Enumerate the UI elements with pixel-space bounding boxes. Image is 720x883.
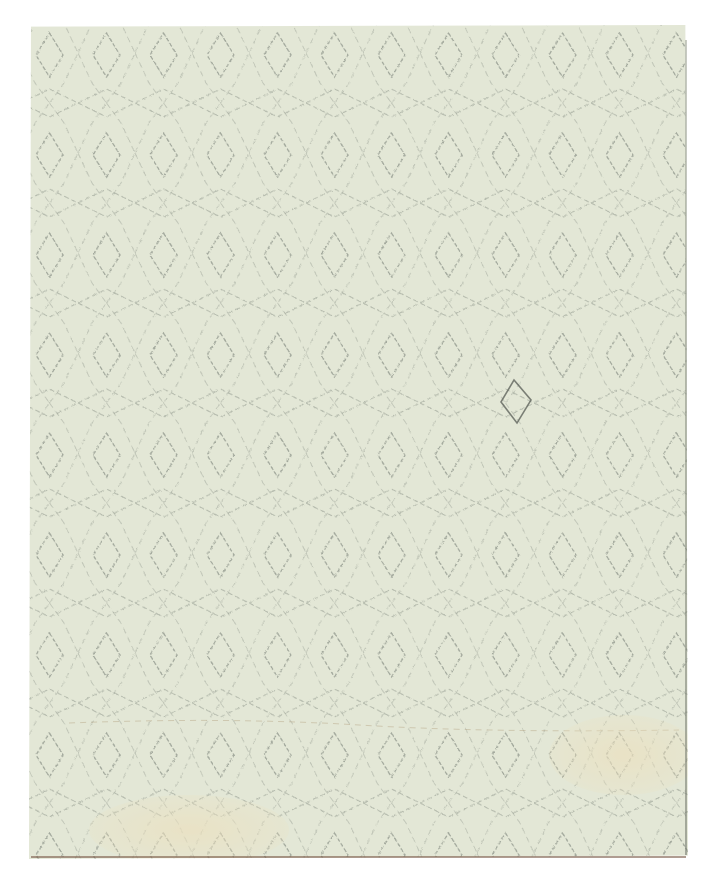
rug-edge-bottom: [31, 856, 686, 858]
stain: [549, 715, 699, 795]
stain: [89, 795, 289, 865]
rug-edge-right: [685, 40, 687, 855]
rug: [29, 25, 688, 859]
